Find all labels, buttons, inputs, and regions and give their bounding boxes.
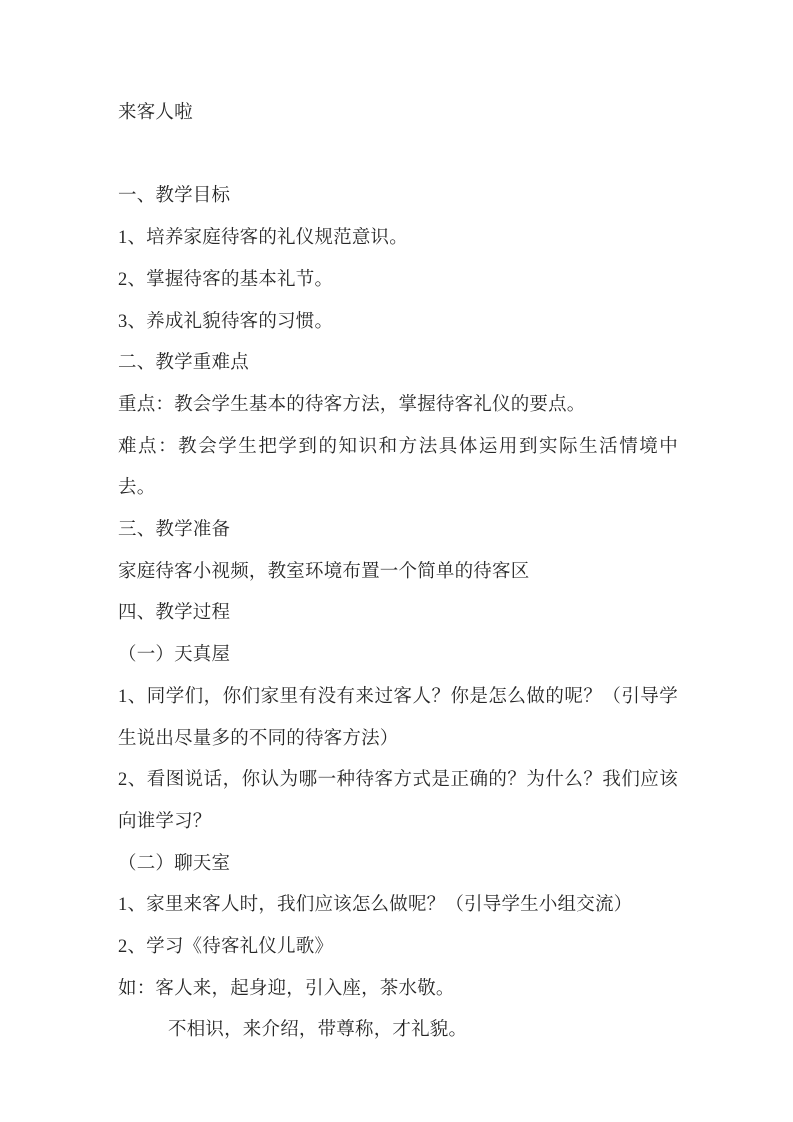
heading-process: 四、教学过程	[118, 593, 678, 635]
process-1-question-1: 1、同学们，你们家里有没有来过客人？你是怎么做的呢？（引导学生说出尽量多的不同的…	[118, 677, 678, 760]
objective-2: 2、掌握待客的基本礼节。	[118, 260, 678, 302]
preparation-content: 家庭待客小视频，教室环境布置一个简单的待客区	[118, 552, 678, 594]
rhyme-line-2: 不相识，来介绍，带尊称，才礼貌。	[118, 1010, 678, 1052]
blank-line	[118, 135, 678, 177]
heading-key-difficult-points: 二、教学重难点	[118, 343, 678, 385]
subsection-1-title: （一）天真屋	[118, 635, 678, 677]
process-1-question-2: 2、看图说话，你认为哪一种待客方式是正确的？为什么？我们应该向谁学习？	[118, 760, 678, 843]
process-2-step-2: 2、学习《待客礼仪儿歌》	[118, 927, 678, 969]
key-point: 重点：教会学生基本的待客方法，掌握待客礼仪的要点。	[118, 385, 678, 427]
process-2-question-1: 1、家里来客人时，我们应该怎么做呢？（引导学生小组交流）	[118, 885, 678, 927]
subsection-2-title: （二）聊天室	[118, 844, 678, 886]
heading-preparation: 三、教学准备	[118, 510, 678, 552]
doc-title: 来客人啦	[118, 93, 678, 135]
heading-objectives: 一、教学目标	[118, 176, 678, 218]
difficult-point: 难点：教会学生把学到的知识和方法具体运用到实际生活情境中去。	[118, 427, 678, 510]
objective-3: 3、养成礼貌待客的习惯。	[118, 302, 678, 344]
rhyme-line-1: 如：客人来，起身迎，引入座，茶水敬。	[118, 969, 678, 1011]
objective-1: 1、培养家庭待客的礼仪规范意识。	[118, 218, 678, 260]
document-page: 来客人啦 一、教学目标 1、培养家庭待客的礼仪规范意识。 2、掌握待客的基本礼节…	[0, 0, 793, 1122]
